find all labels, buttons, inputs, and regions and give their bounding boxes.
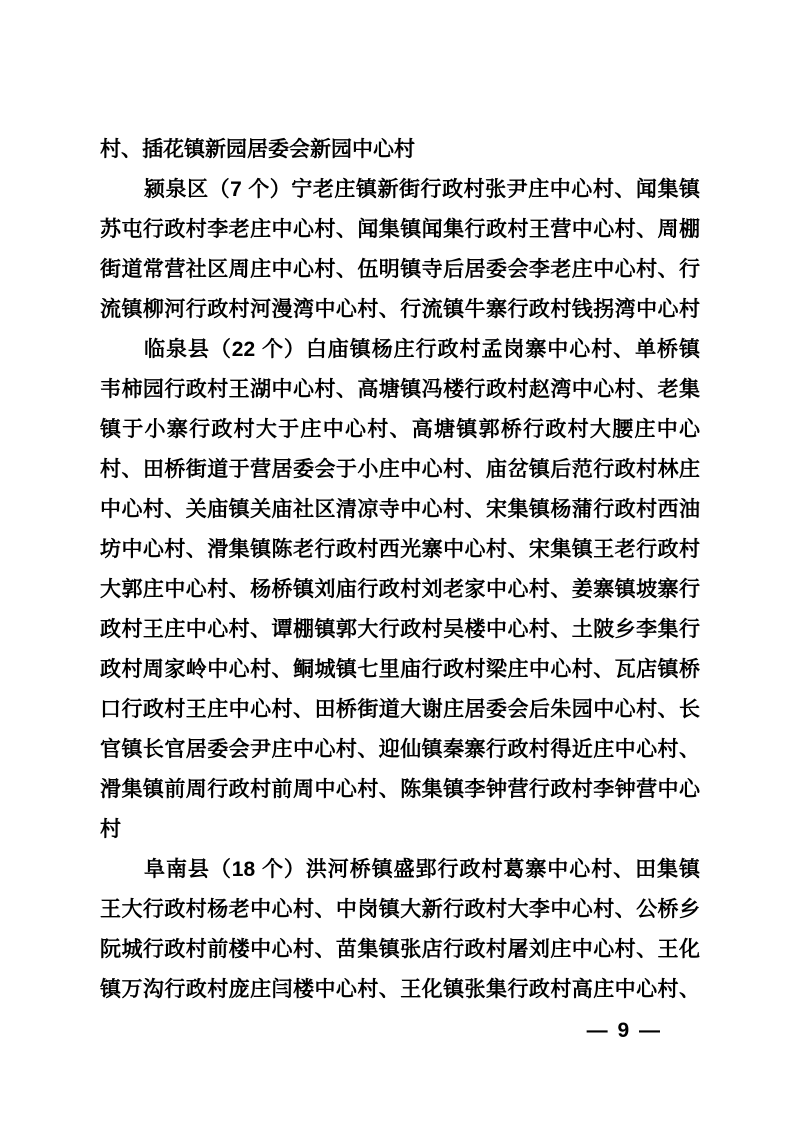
text-line: 政村周家岭中心村、鲖城镇七里庙行政村梁庄中心村、瓦店镇桥	[100, 650, 700, 690]
text-line: 政村王庄中心村、谭棚镇郭大行政村吴楼中心村、土陂乡李集行	[100, 610, 700, 650]
text-line: 阜南县（18 个）洪河桥镇盛郢行政村葛寨中心村、田集镇	[100, 850, 700, 890]
text-line: 坊中心村、滑集镇陈老行政村西光寨中心村、宋集镇王老行政村	[100, 530, 700, 570]
text-line: 村、田桥街道于营居委会于小庄中心村、庙岔镇后范行政村林庄	[100, 450, 700, 490]
text-line: 颍泉区（7 个）宁老庄镇新街行政村张尹庄中心村、闻集镇	[100, 170, 700, 210]
text-line: 大郭庄中心村、杨桥镇刘庙行政村刘老家中心村、姜寨镇坡寨行	[100, 570, 700, 610]
document-page: 村、插花镇新园居委会新园中心村颍泉区（7 个）宁老庄镇新街行政村张尹庄中心村、闻…	[0, 0, 793, 1122]
text-line: 中心村、关庙镇关庙社区清凉寺中心村、宋集镇杨蒲行政村西油	[100, 490, 700, 530]
text-line: 镇万沟行政村庞庄闫楼中心村、王化镇张集行政村高庄中心村、	[100, 970, 700, 1010]
text-line: 村	[100, 810, 700, 850]
text-line: 流镇柳河行政村河漫湾中心村、行流镇牛寨行政村钱拐湾中心村	[100, 290, 700, 330]
text-line: 口行政村王庄中心村、田桥街道大谢庄居委会后朱园中心村、长	[100, 690, 700, 730]
text-line: 临泉县（22 个）白庙镇杨庄行政村孟岗寨中心村、单桥镇	[100, 330, 700, 370]
text-line: 镇于小寨行政村大于庄中心村、高塘镇郭桥行政村大腰庄中心	[100, 410, 700, 450]
text-line: 街道常营社区周庄中心村、伍明镇寺后居委会李老庄中心村、行	[100, 250, 700, 290]
page-number: — 9 —	[587, 1011, 662, 1051]
text-line: 村、插花镇新园居委会新园中心村	[100, 130, 700, 170]
text-line: 王大行政村杨老中心村、中岗镇大新行政村大李中心村、公桥乡	[100, 890, 700, 930]
document-text-block: 村、插花镇新园居委会新园中心村颍泉区（7 个）宁老庄镇新街行政村张尹庄中心村、闻…	[100, 130, 700, 1010]
text-line: 滑集镇前周行政村前周中心村、陈集镇李钟营行政村李钟营中心	[100, 770, 700, 810]
text-line: 苏屯行政村李老庄中心村、闻集镇闻集行政村王营中心村、周棚	[100, 210, 700, 250]
text-line: 韦柿园行政村王湖中心村、高塘镇冯楼行政村赵湾中心村、老集	[100, 370, 700, 410]
text-line: 阮城行政村前楼中心村、苗集镇张店行政村屠刘庄中心村、王化	[100, 930, 700, 970]
text-line: 官镇长官居委会尹庄中心村、迎仙镇秦寨行政村得近庄中心村、	[100, 730, 700, 770]
